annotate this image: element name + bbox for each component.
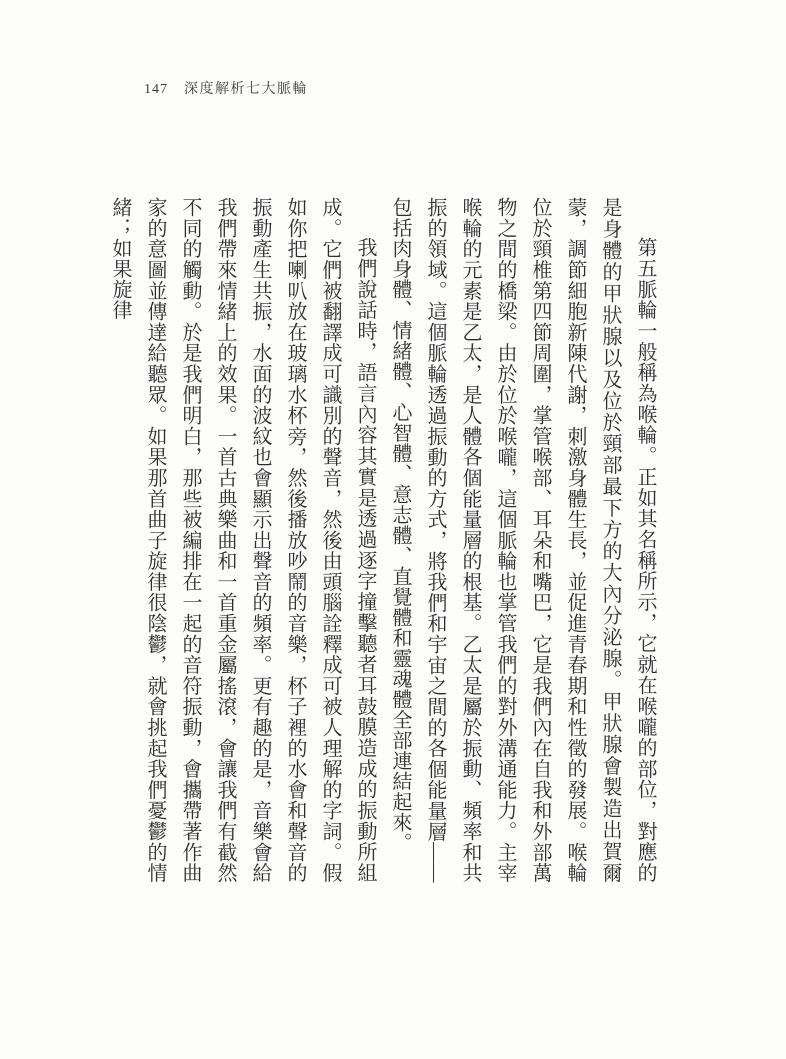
- running-head: 147 深度解析七大脈輪: [144, 78, 308, 98]
- paragraph-2: 我們說話時，語言內容其實是透過逐字撞擊聽者耳鼓膜造成的振動所組成。它們被翻譯成可…: [102, 197, 382, 883]
- running-title: 深度解析七大脈輪: [184, 78, 308, 98]
- page-number: 147: [144, 82, 168, 98]
- book-page: 147 深度解析七大脈輪 第五脈輪一般稱為喉輪。正如其名稱所示，它就在喉嚨的部位…: [0, 0, 786, 1059]
- body-text: 第五脈輪一般稱為喉輪。正如其名稱所示，它就在喉嚨的部位，對應的是身體的甲狀腺以及…: [102, 197, 662, 883]
- paragraph-1: 第五脈輪一般稱為喉輪。正如其名稱所示，它就在喉嚨的部位，對應的是身體的甲狀腺以及…: [382, 197, 662, 883]
